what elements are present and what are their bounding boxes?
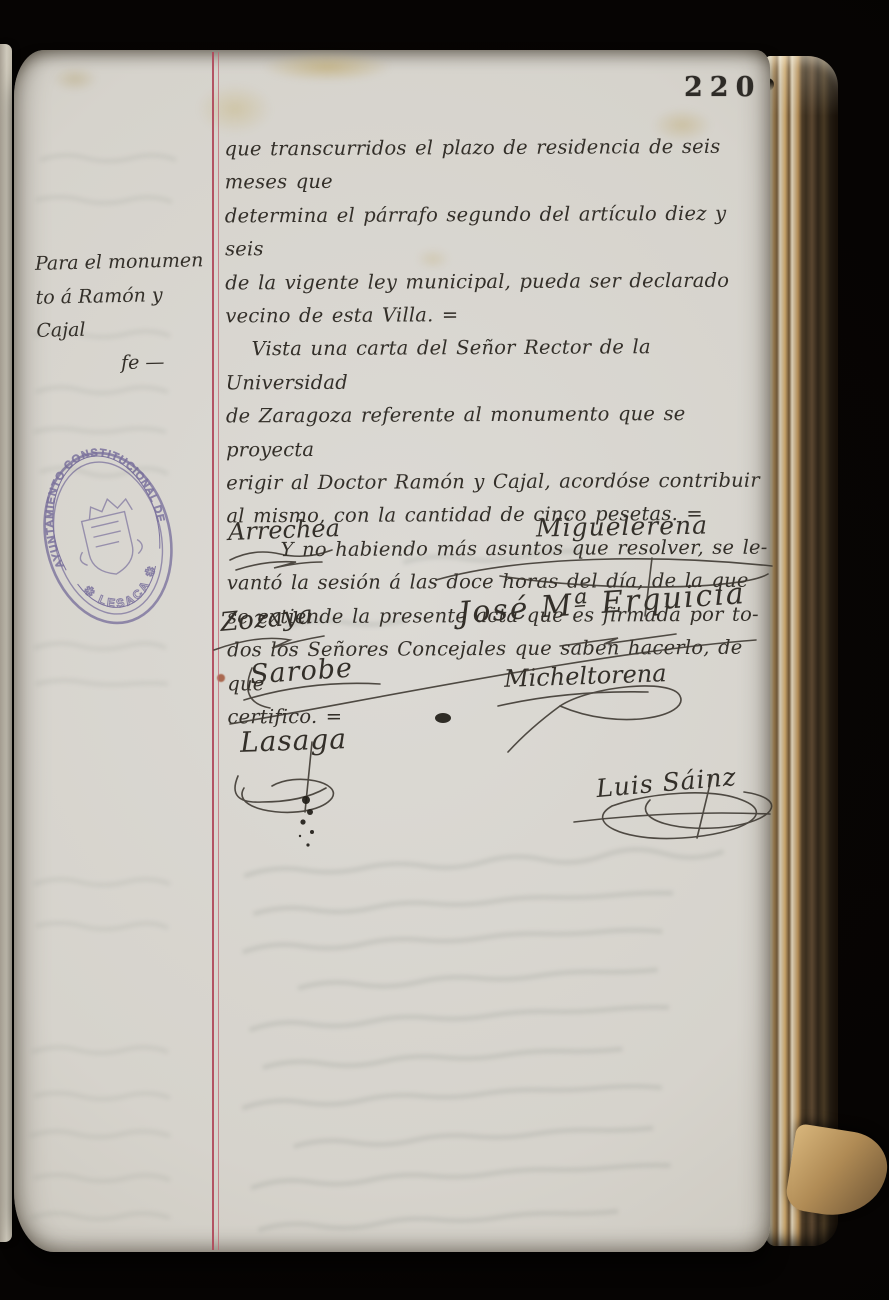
red-margin-rule	[212, 52, 214, 1250]
signature-micheltorena: Micheltorena	[504, 659, 667, 693]
signature-lasaga: Lasaga	[239, 722, 347, 759]
stamp-coat-of-arms	[69, 494, 147, 581]
body-line: Vista una carta del Señor Rector de la U…	[225, 330, 770, 400]
body-line: vecino de esta Villa. =	[225, 297, 770, 333]
margin-note-line: Para el monumen	[35, 244, 210, 281]
svg-text:AYUNTAMIENTO CONSTITUCIONAL DE: AYUNTAMIENTO CONSTITUCIONAL DE	[28, 434, 172, 570]
body-line: erigir al Doctor Ramón y Cajal, acordóse…	[226, 464, 771, 500]
folio-number: 220	[684, 72, 761, 103]
scanned-minute-book-photo: AYUNTAMIENTO CONSTITUCIONAL DE ✱ LESACA …	[0, 0, 889, 1300]
body-line: que transcurridos el plazo de residencia…	[224, 130, 769, 200]
signature-arrechea: Arrechea	[228, 514, 341, 546]
book-cover-corner	[784, 1123, 889, 1223]
facing-page-sliver	[0, 44, 12, 1242]
signature-miguelerena: Miguelerena	[536, 511, 709, 543]
body-line: de Zaragoza referente al monumento que s…	[226, 397, 771, 467]
body-line: determina el párrafo segundo del artícul…	[225, 196, 770, 266]
margin-note: Para el monumen to á Ramón y Cajal fe —	[35, 244, 212, 382]
red-margin-rule-thin	[218, 52, 219, 1250]
stamp-ring-text-top: AYUNTAMIENTO CONSTITUCIONAL DE	[28, 434, 172, 570]
page-edge-stack	[766, 56, 838, 1246]
margin-note-line: to á Ramón y Cajal	[35, 278, 210, 349]
body-line: de la vigente ley municipal, pueda ser d…	[225, 263, 770, 299]
margin-note-line: fe —	[121, 345, 212, 380]
minutes-body-text: que transcurridos el plazo de residencia…	[224, 130, 772, 734]
